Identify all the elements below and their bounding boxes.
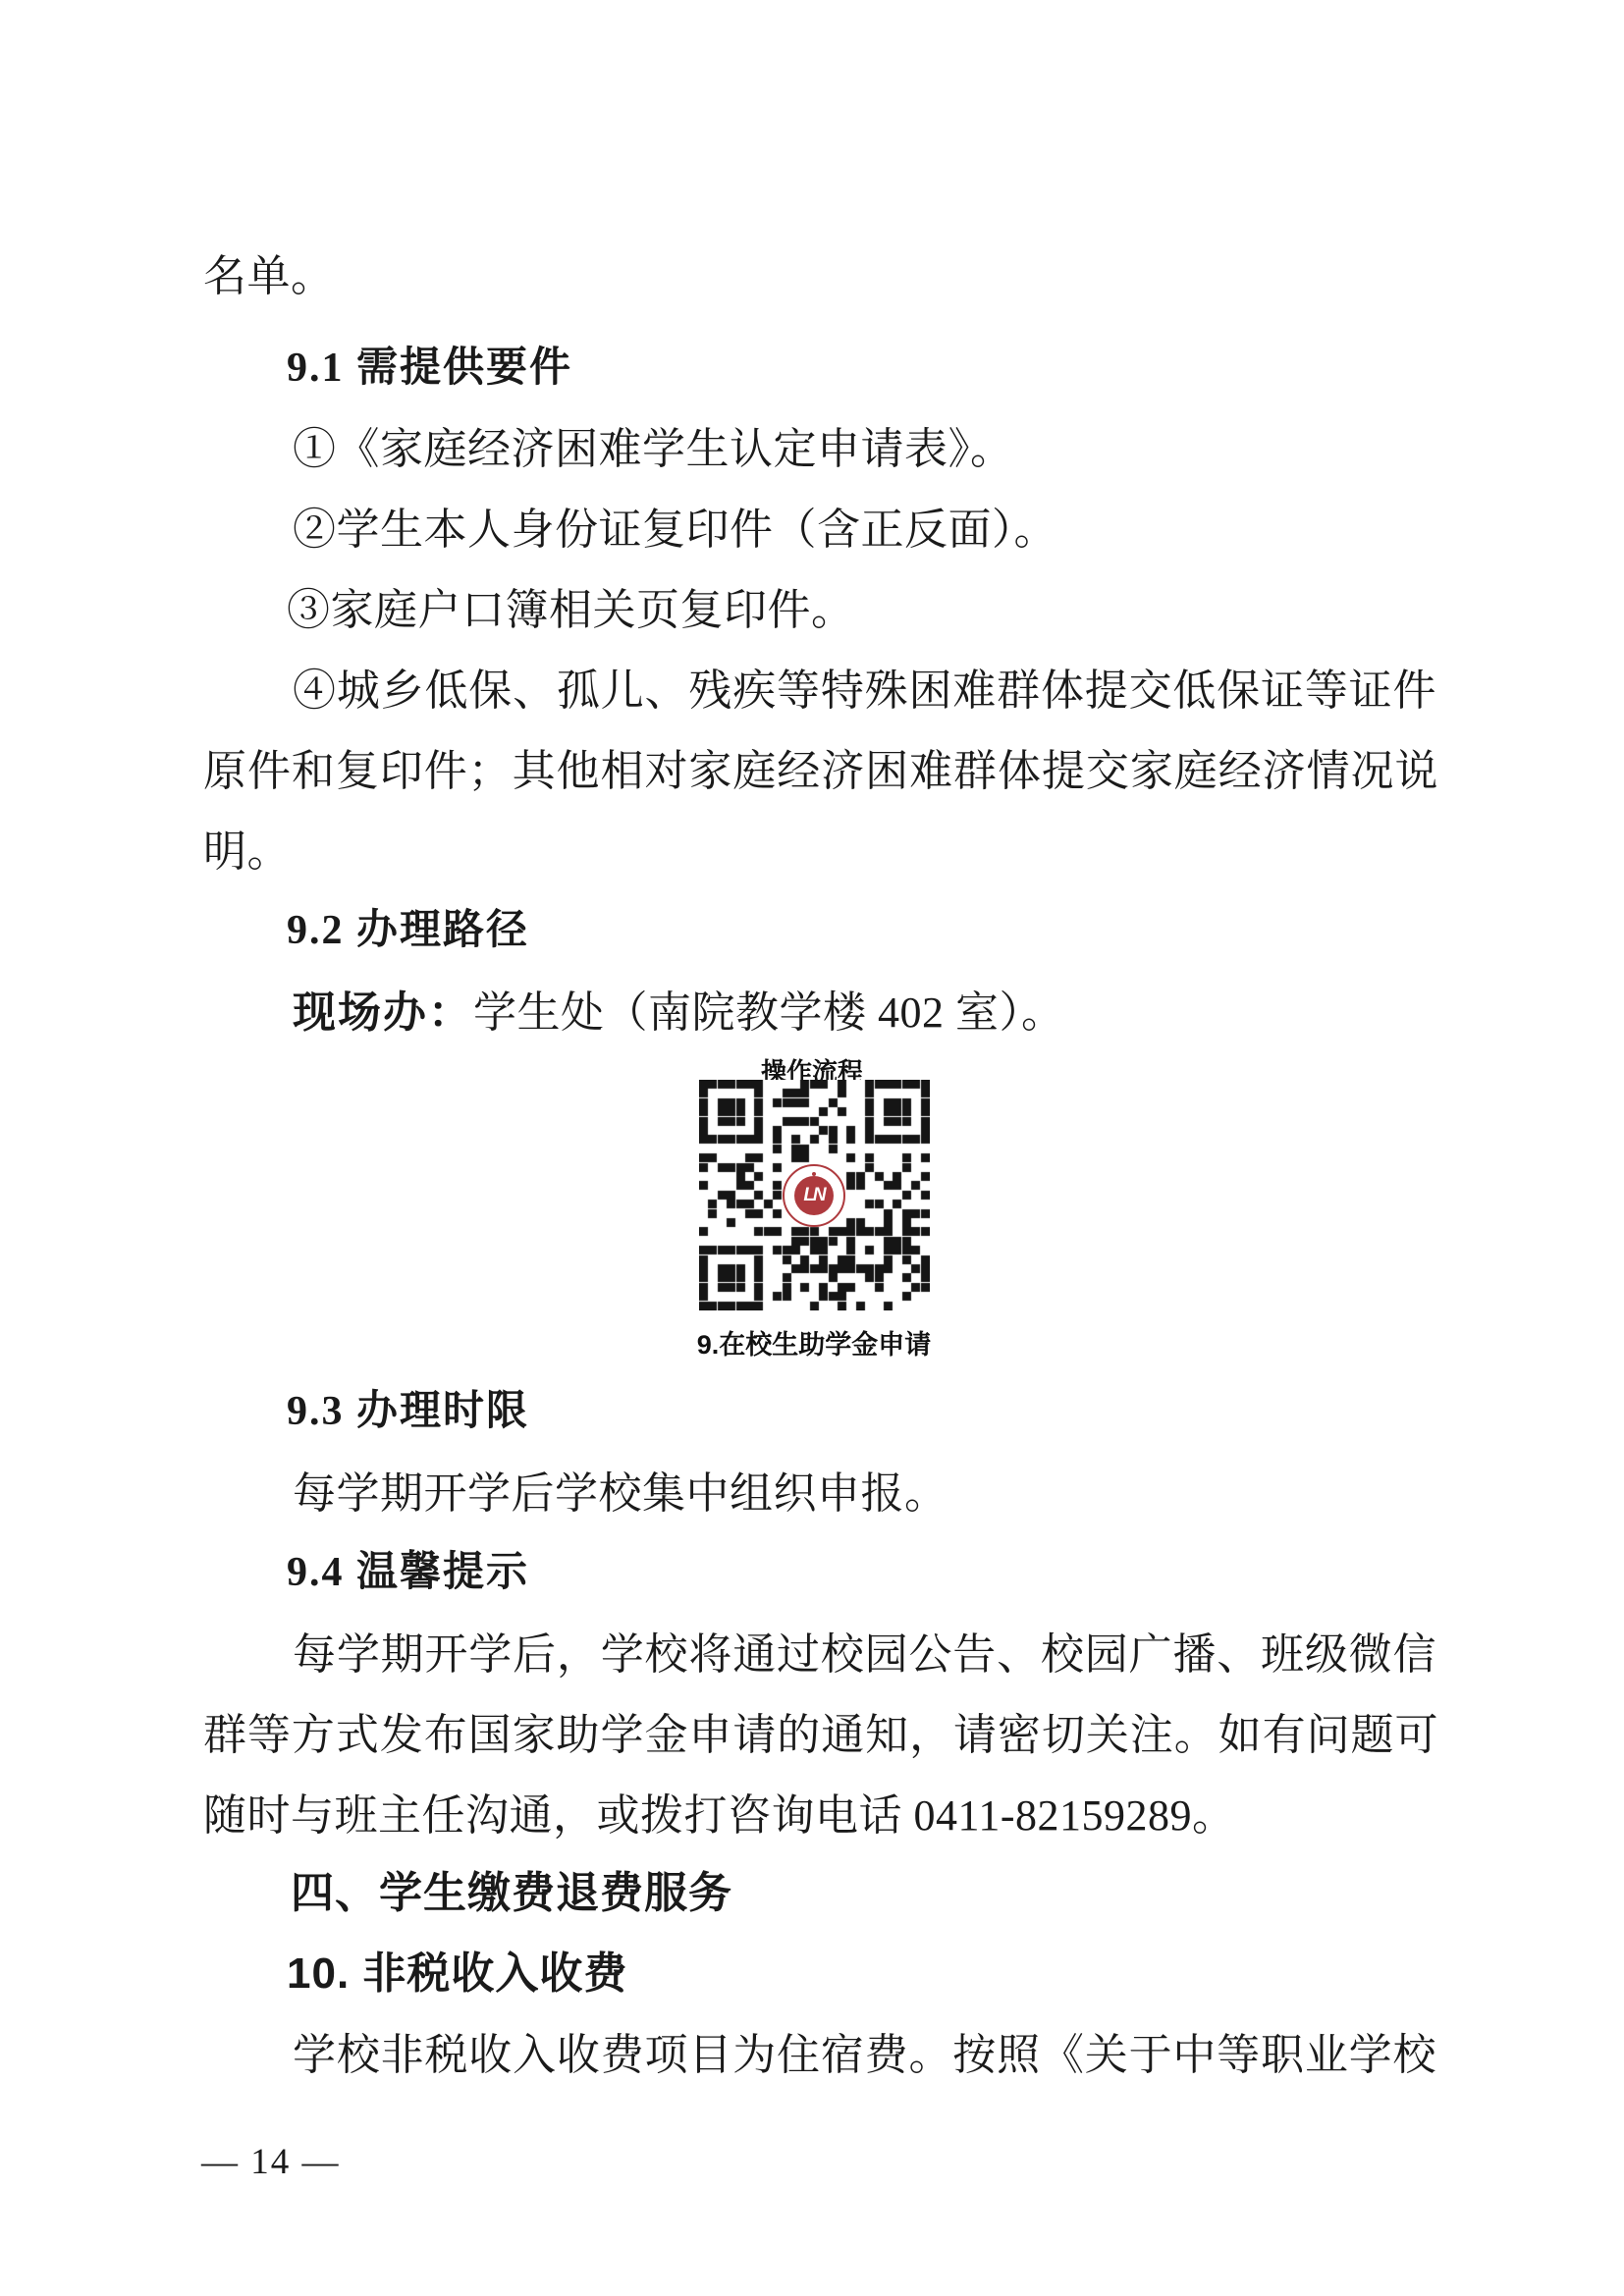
paragraph-line: 学校非税收入收费项目为住宿费。按照《关于中等职业学校 [293,2032,1436,2079]
document-page: 名单。 9.1 需提供要件 ①《家庭经济困难学生认定申请表》。 ②学生本人身份证… [0,0,1624,2296]
section-heading-10: 10. 非税收入收费 [287,1950,627,1998]
paragraph-line: 每学期开学后学校集中组织申报。 [293,1470,948,1518]
section-heading-9-4: 9.4 温馨提示 [287,1551,529,1595]
line-rest: 学生处（南院教学楼 402 室）。 [473,988,1065,1037]
paragraph-line: 现场办：学生处（南院教学楼 402 室）。 [293,989,1065,1037]
seal-monogram: LN [803,1185,824,1206]
paragraph-line: 群等方式发布国家助学金申请的通知，请密切关注。如有问题可 [203,1712,1438,1759]
paragraph-line: ①《家庭经济困难学生认定申请表》。 [293,426,1014,473]
university-seal-logo: LN [783,1164,845,1227]
paragraph-line: 明。 [203,828,291,876]
paragraph-line: 名单。 [203,253,335,300]
qr-caption: 9.在校生助学金申请 [697,1323,932,1362]
paragraph-line: ③家庭户口簿相关页复印件。 [287,587,855,634]
line-lead-bold: 现场办： [293,988,473,1037]
section-heading-9-2: 9.2 办理路径 [287,909,529,953]
chapter-heading-4: 四、学生缴费退费服务 [291,1870,732,1917]
page-number: — 14 — [201,2141,341,2183]
paragraph-line: ②学生本人身份证复印件（含正反面）。 [293,507,1057,554]
section-heading-9-3: 9.3 办理时限 [287,1390,529,1434]
paragraph-line: 随时与班主任沟通，或拨打咨询电话 0411-82159289。 [203,1792,1236,1840]
seal-core: LN [794,1176,834,1215]
paragraph-line: 原件和复印件；其他相对家庭经济困难群体提交家庭经济情况说 [203,748,1438,795]
paragraph-line: 每学期开学后，学校将通过校园公告、校园广播、班级微信 [293,1631,1436,1679]
paragraph-line: ④城乡低保、孤儿、残疾等特殊困难群体提交低保证等证件 [293,667,1436,715]
section-heading-9-1: 9.1 需提供要件 [287,347,572,391]
